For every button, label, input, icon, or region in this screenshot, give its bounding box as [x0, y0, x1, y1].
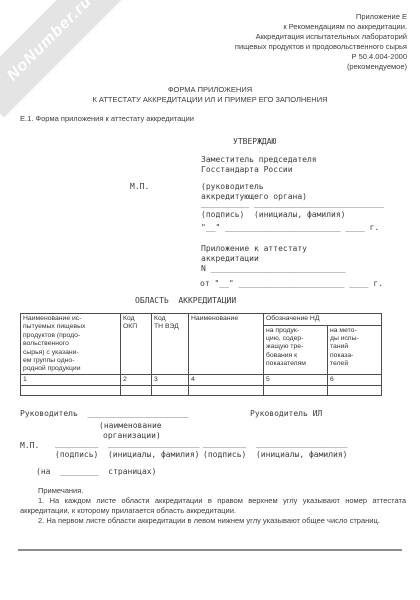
accreditation-scope-table: Наименование ис- пытуемых пищевых продук… — [20, 313, 382, 396]
date-from-blank-line: от "__" ______________________ ____ г. — [200, 279, 383, 288]
approve-stamp: УТВЕРЖДАЮ — [233, 137, 276, 146]
approver-line: Заместитель председателя — [201, 155, 317, 164]
doc-title-line: ФОРМА ПРИЛОЖЕНИЯ — [0, 85, 420, 95]
signature-blank-labels: (подпись) (инициалы, фамилия) — [203, 450, 348, 459]
table-empty-cell — [21, 385, 121, 395]
table-number-cell: 5 — [264, 374, 328, 385]
date-blank-line: "__" ________________________ ____ г. — [201, 223, 379, 232]
section-label: Е.1. Форма приложения к аттестату аккред… — [20, 114, 194, 124]
table-empty-cell — [264, 385, 328, 395]
table-header-nd-methods: на мето- ды испы- таний показа- телей — [328, 325, 382, 374]
note-item: 2. На первом листе области аккредитации … — [20, 516, 406, 526]
doc-header-line: Аккредитация испытательных лабораторий — [235, 32, 407, 42]
notes-section: Примечания. 1. На каждом листе области а… — [20, 486, 406, 526]
note-item: 1. На каждом листе области аккредитации … — [20, 496, 406, 516]
approver-role-line: (руководитель — [201, 182, 264, 191]
watermark-text: NoNumber.ru — [4, 0, 96, 85]
table-number-cell: 4 — [189, 374, 264, 385]
document-page: NoNumber.ru Приложение Е к Рекомендациям… — [0, 0, 420, 600]
org-hint-line: (наименование — [99, 421, 162, 430]
table-empty-row — [21, 385, 382, 395]
table-number-cell: 2 — [121, 374, 152, 385]
table-header-products: Наименование ис- пытуемых пищевых продук… — [21, 314, 121, 375]
leader-blank-line: Руководитель _____________________ — [20, 409, 189, 418]
doc-header-line: к Рекомендациям по аккредитации. — [235, 22, 407, 32]
notes-heading: Примечания. — [20, 486, 406, 496]
scope-heading: ОБЛАСТЬ АККРЕДИТАЦИИ — [135, 296, 236, 305]
pages-blank-line: (на ________ страницах) — [36, 467, 156, 476]
table-number-cell: 1 — [21, 374, 121, 385]
table-header-nd-group: Обозначение НД — [264, 314, 382, 326]
signature-blank-line: _________ ___________________ — [203, 439, 348, 448]
attachment-line: аккредитации — [201, 254, 259, 263]
doc-header-line: Приложение Е — [235, 12, 407, 22]
doc-title: ФОРМА ПРИЛОЖЕНИЯ К АТТЕСТАТУ АККРЕДИТАЦИ… — [0, 85, 420, 105]
attachment-number-blank: N ____________________________ — [201, 264, 346, 273]
table-empty-cell — [152, 385, 189, 395]
table-empty-cell — [121, 385, 152, 395]
doc-header-line: (рекомендуемое) — [235, 62, 407, 72]
doc-header: Приложение Е к Рекомендациям по аккредит… — [235, 12, 407, 72]
table-number-cell: 3 — [152, 374, 189, 385]
table-number-row: 1 2 3 4 5 6 — [21, 374, 382, 385]
signature-blank-labels: (подпись) (инициалы, фамилия) — [201, 210, 346, 219]
table-empty-cell — [328, 385, 382, 395]
table-header-nd-product: на продук- цию, содер- жащую тре- бовани… — [264, 325, 328, 374]
leader-il-label: Руководитель ИЛ — [250, 409, 322, 418]
signature-blank-line: _________ ___________________ — [55, 439, 200, 448]
doc-header-line: пищевых продуктов и продовольственного с… — [235, 42, 407, 52]
signature-blank-line: __________ ___________________________ — [201, 199, 384, 208]
table-number-cell: 6 — [328, 374, 382, 385]
bottom-divider — [18, 549, 402, 551]
table-header-name: Наименование — [189, 314, 264, 375]
table-empty-cell — [189, 385, 264, 395]
attachment-line: Приложение к аттестату — [201, 244, 307, 253]
table-header-okp-code: Код ОКП — [121, 314, 152, 375]
stamp-abbr: М.П. — [20, 441, 39, 450]
approver-line: Госстандарта России — [201, 165, 293, 174]
stamp-abbr: М.П. — [130, 182, 149, 191]
table-header-tnved-code: Код ТН ВЭД — [152, 314, 189, 375]
signature-blank-labels: (подпись) (инициалы, фамилия) — [55, 450, 200, 459]
doc-header-line: Р 50.4.004-2000 — [235, 52, 407, 62]
doc-title-line: К АТТЕСТАТУ АККРЕДИТАЦИИ ИЛ И ПРИМЕР ЕГО… — [0, 95, 420, 105]
